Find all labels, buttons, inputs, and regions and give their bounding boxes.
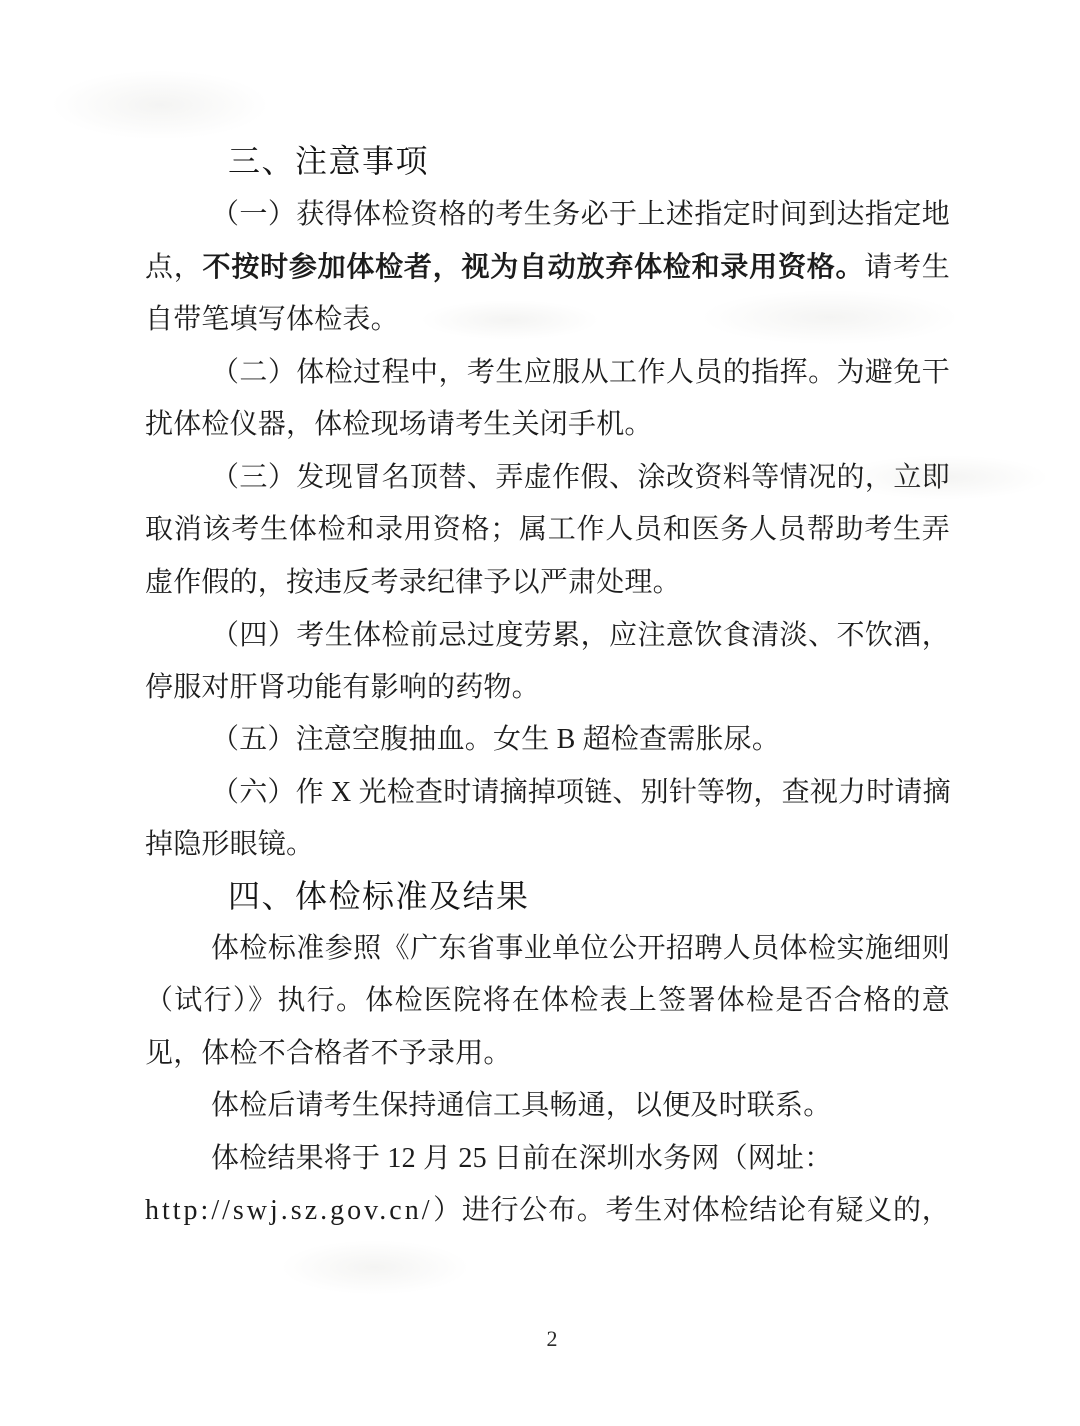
text-run: 体检后请考生保持通信工具畅通，以便及时联系。	[211, 1090, 831, 1121]
text-run: 三、注意事项	[228, 143, 429, 179]
text-line: （一）获得体检资格的考生务必于上述指定时间到达指定地	[145, 196, 950, 233]
text-line: 体检结果将于 12 月 25 日前在深圳水务网（网址：	[145, 1140, 950, 1177]
text-line: 停服对肝肾功能有影响的药物。	[145, 669, 950, 706]
text-run: ）进行公布。考生对体检结论有疑义的，	[433, 1195, 950, 1226]
text-run: （试行）》执行。体检医院将在体检表上签署体检是否合格的意	[145, 985, 950, 1016]
text-line: （五）注意空腹抽血。女生 B 超检查需胀尿。	[145, 721, 950, 758]
page-number: 2	[0, 1326, 1080, 1352]
text-line: 自带笔填写体检表。	[145, 301, 950, 338]
text-run: 停服对肝肾功能有影响的药物。	[145, 672, 540, 703]
text-run: 取消该考生体检和录用资格；属工作人员和医务人员帮助考生弄	[145, 514, 950, 545]
text-line: 点，不按时参加体检者，视为自动放弃体检和录用资格。请考生	[145, 249, 950, 286]
text-run: （一）获得体检资格的考生务必于上述指定时间到达指定地	[211, 199, 950, 230]
text-line: 见，体检不合格者不予录用。	[145, 1035, 950, 1072]
text-line: （二）体检过程中，考生应服从工作人员的指挥。为避免干	[145, 354, 950, 391]
emphasized-text: 不按时参加体检者，视为自动放弃体检和录用资格。	[203, 252, 865, 283]
text-run: （六）作 X 光检查时请摘掉项链、别针等物，查视力时请摘	[211, 777, 951, 808]
text-run: 请考生	[864, 252, 950, 283]
text-run: 见，体检不合格者不予录用。	[145, 1038, 512, 1069]
text-line: http://swj.sz.gov.cn/）进行公布。考生对体检结论有疑义的，	[145, 1192, 950, 1229]
section-heading: 三、注意事项	[145, 141, 950, 181]
text-line: 取消该考生体检和录用资格；属工作人员和医务人员帮助考生弄	[145, 511, 950, 548]
text-line: （四）考生体检前忌过度劳累，应注意饮食清淡、不饮酒，	[145, 617, 950, 654]
text-run: （四）考生体检前忌过度劳累，应注意饮食清淡、不饮酒，	[211, 620, 950, 651]
text-line: 体检标准参照《广东省事业单位公开招聘人员体检实施细则	[145, 930, 950, 967]
text-line: （三）发现冒名顶替、弄虚作假、涂改资料等情况的，立即	[145, 459, 950, 496]
text-line: 虚作假的，按违反考录纪律予以严肃处理。	[145, 564, 950, 601]
text-run: 体检标准参照《广东省事业单位公开招聘人员体检实施细则	[211, 933, 950, 964]
text-run: 点，	[145, 252, 203, 283]
text-run: 扰体检仪器，体检现场请考生关闭手机。	[145, 409, 653, 440]
text-run: 虚作假的，按违反考录纪律予以严肃处理。	[145, 567, 681, 598]
text-line: 体检后请考生保持通信工具畅通，以便及时联系。	[145, 1087, 950, 1124]
text-run: （五）注意空腹抽血。女生 B 超检查需胀尿。	[211, 724, 780, 755]
text-run: 体检结果将于 12 月 25 日前在深圳水务网（网址：	[211, 1143, 832, 1174]
text-line: 掉隐形眼镜。	[145, 826, 950, 863]
url-text: http://swj.sz.gov.cn/	[145, 1195, 433, 1226]
section-heading: 四、体检标准及结果	[145, 876, 950, 916]
scan-artifact	[280, 1240, 470, 1295]
text-line: 扰体检仪器，体检现场请考生关闭手机。	[145, 406, 950, 443]
text-run: （二）体检过程中，考生应服从工作人员的指挥。为避免干	[211, 357, 950, 388]
scan-artifact	[50, 70, 270, 140]
text-line: （试行）》执行。体检医院将在体检表上签署体检是否合格的意	[145, 982, 950, 1019]
text-run: 自带笔填写体检表。	[145, 304, 399, 335]
text-run: 掉隐形眼镜。	[145, 829, 314, 860]
document-page: 三、注意事项（一）获得体检资格的考生务必于上述指定时间到达指定地点，不按时参加体…	[0, 0, 1080, 1426]
text-line: （六）作 X 光检查时请摘掉项链、别针等物，查视力时请摘	[145, 774, 950, 811]
text-run: （三）发现冒名顶替、弄虚作假、涂改资料等情况的，立即	[211, 462, 950, 493]
text-run: 四、体检标准及结果	[228, 878, 530, 914]
